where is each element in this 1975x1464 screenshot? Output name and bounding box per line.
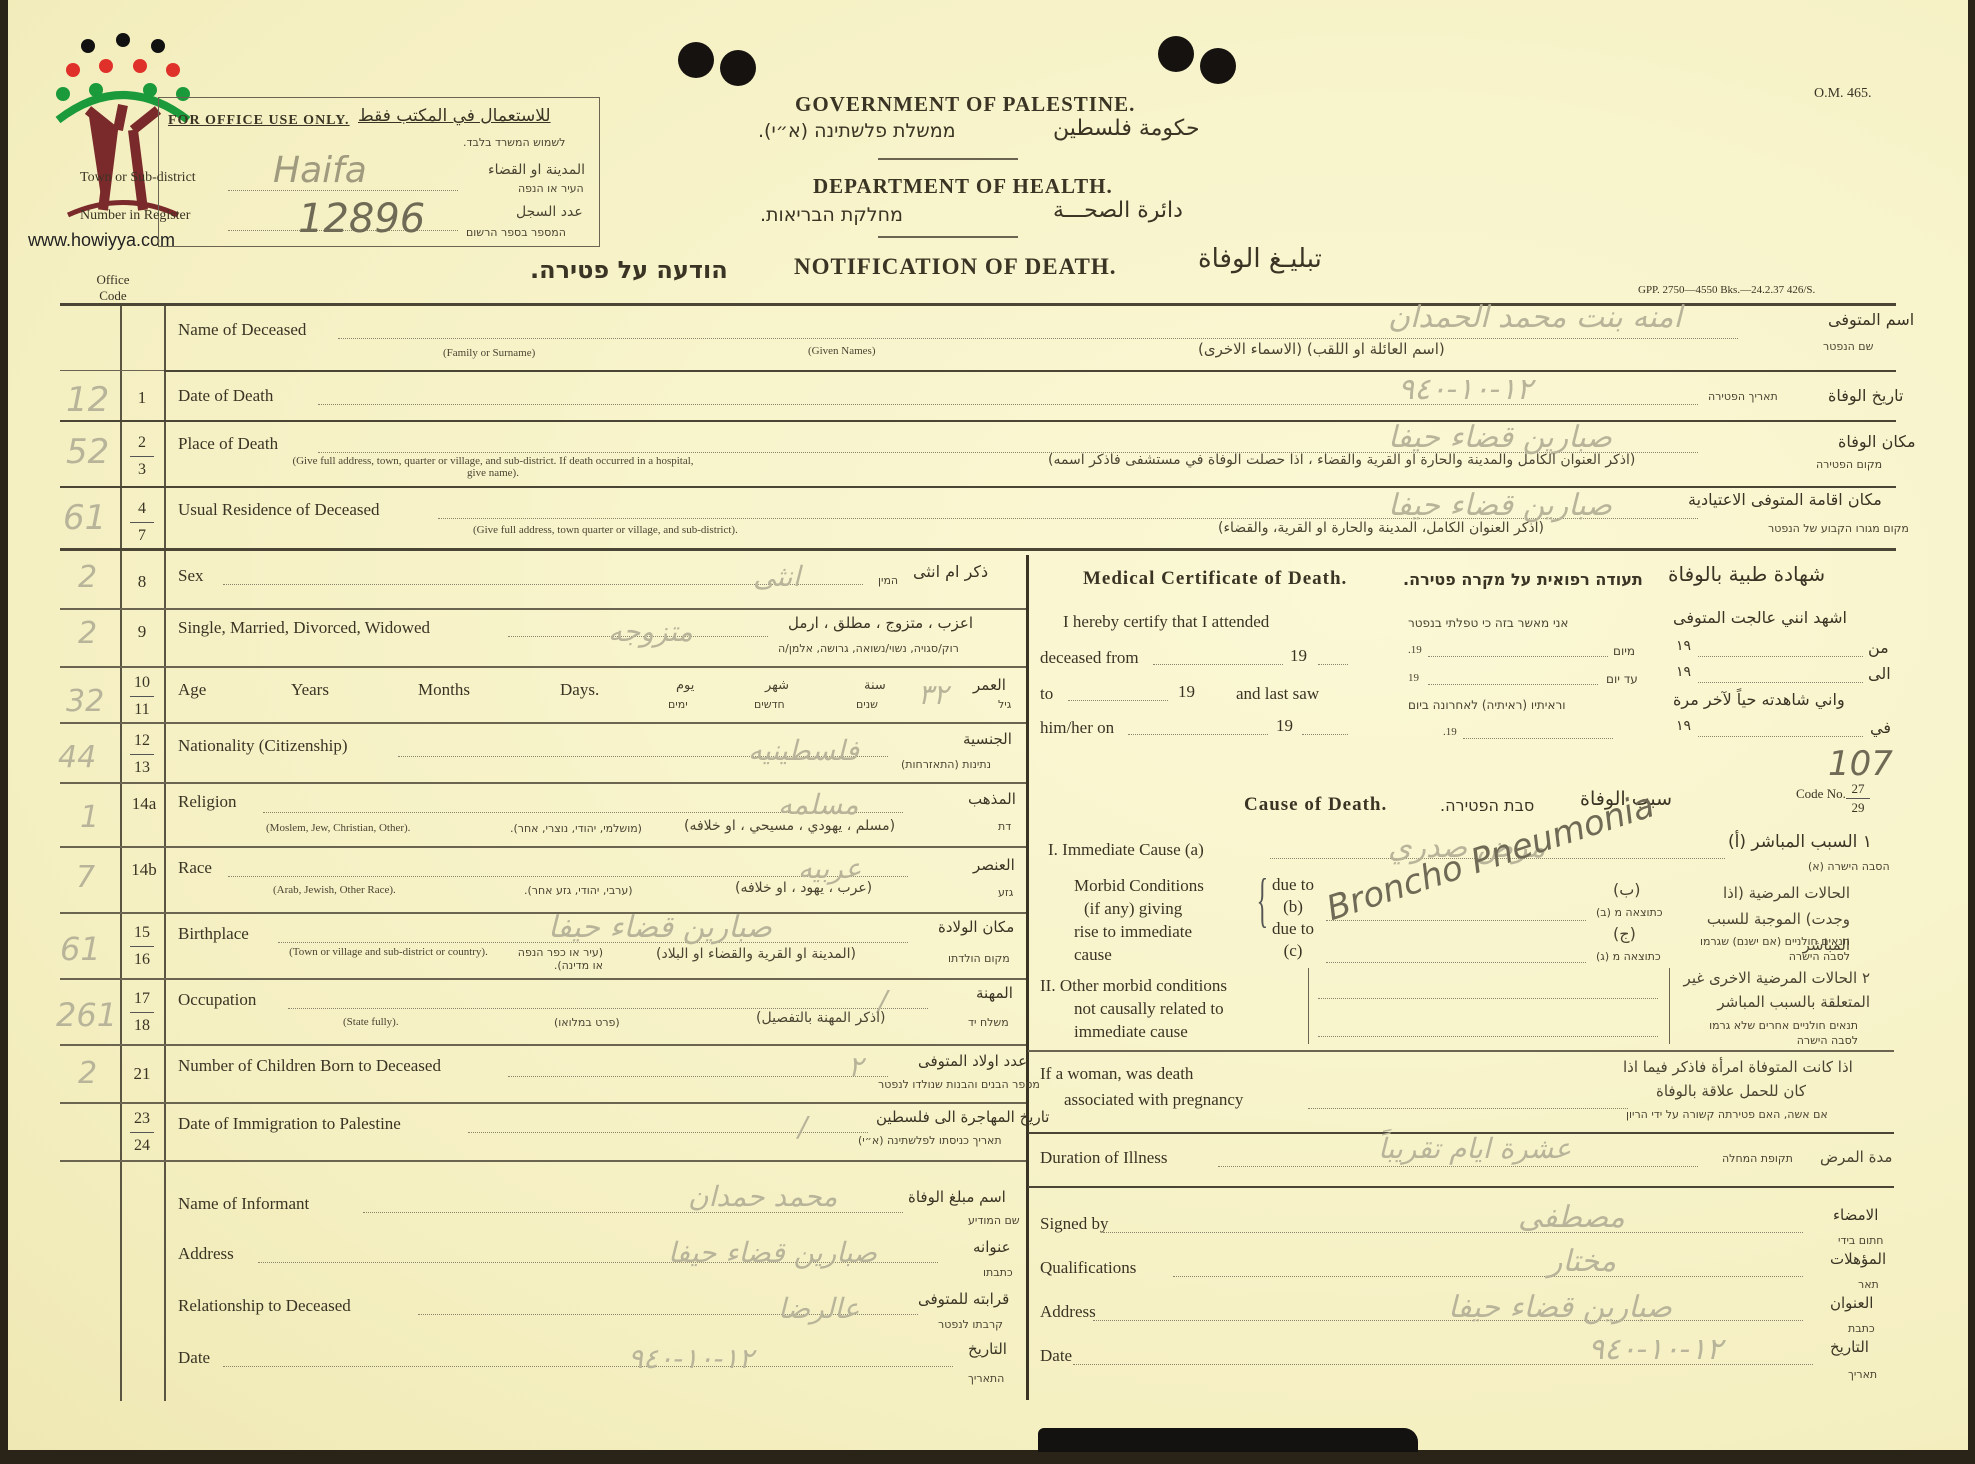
- government-title: GOVERNMENT OF PALESTINE.: [795, 92, 1135, 117]
- office-code-12[interactable]: 44: [58, 740, 96, 775]
- register-label-ar: عدد السجل: [516, 204, 583, 220]
- cause-of-death-title: Cause of Death.: [1244, 794, 1387, 816]
- deceased-from-label: deceased from: [1040, 648, 1139, 668]
- medical-certificate-title-ar: شهادة طبية بالوفاة: [1668, 562, 1825, 586]
- watermark-url[interactable]: www.howiyya.com: [28, 230, 175, 251]
- relationship-he: קרבתו לנפטר: [938, 1318, 1003, 1331]
- office-code-8[interactable]: 2: [78, 560, 97, 595]
- informant-name-label: Name of Informant: [178, 1194, 309, 1214]
- race-he: גזע: [998, 886, 1013, 899]
- sex-ar: ذكر ام انثى: [913, 562, 988, 581]
- office-code-9[interactable]: 2: [78, 616, 97, 651]
- death-certificate-paper: www.howiyya.com FOR OFFICE USE ONLY. للا…: [8, 0, 1968, 1450]
- age-year-he: שנים: [856, 698, 878, 711]
- row-number: 1213: [122, 728, 162, 781]
- children-count-value[interactable]: ٢: [848, 1050, 863, 1083]
- morbid-line: (if any) giving: [1074, 897, 1204, 920]
- name-label-he: שם הנפטר: [1823, 340, 1873, 353]
- department-title-ar: دائرة الصحـــة: [1053, 198, 1183, 223]
- age-months-label: Months: [418, 680, 470, 700]
- immediate-cause-label: I. Immediate Cause (a): [1048, 840, 1204, 860]
- due-to-b-label: due to (b): [1268, 874, 1318, 918]
- marital-status-ar: اعزب ، متزوج ، مطلق ، ارمل: [788, 614, 973, 632]
- family-surname-hint: (Family or Surname): [443, 347, 535, 359]
- nationality-ar: الجنسية: [963, 730, 1012, 748]
- medical-certificate-title-he: תעודה רפואית על מקרה פטירה.: [1403, 570, 1643, 589]
- office-use-label-he: לשמוש המשרד בלבד.: [463, 136, 565, 149]
- certify-he-1: אני מאשר בזה כי טפלתי בנפטר: [1408, 616, 1568, 630]
- religion-hint-he: (מושלמי, יהודי, נוצרי, אחר).: [510, 822, 642, 835]
- notification-title: NOTIFICATION OF DEATH.: [794, 254, 1117, 280]
- pregnancy-ar-1: اذا كانت المتوفاة امرأة فاذكر فيما اذا: [1623, 1058, 1853, 1076]
- certify-line-1: I hereby certify that I attended: [1063, 612, 1269, 632]
- punch-hole-icon: [1200, 48, 1236, 84]
- certify-he-year: .19: [1408, 644, 1422, 656]
- pregnancy-ar-2: كان للحمل علاقة بالوفاة: [1656, 1082, 1806, 1100]
- printer-code: GPP. 2750—4550 Bks.—24.2.37 426/S.: [1638, 284, 1815, 296]
- usual-residence-he: מקום מגורו הקבוע של הנפטר: [1768, 522, 1909, 535]
- date-of-death-value[interactable]: ١٢-١٠-٩٤٠: [1398, 372, 1532, 407]
- marital-status-label: Single, Married, Divorced, Widowed: [178, 618, 430, 638]
- certify-ar-year3: ١٩: [1676, 718, 1691, 735]
- row-number: 47: [122, 496, 162, 549]
- duration-value[interactable]: عشرة ايام تقريباً: [1378, 1132, 1571, 1165]
- age-day-he: ימים: [668, 698, 688, 711]
- row-number: 14a: [124, 794, 164, 814]
- certify-he-lastsaw: וראיתיו (ראיתיה) לאחרונה ביום: [1408, 698, 1566, 712]
- informant-address-ar: عنوانه: [973, 1238, 1011, 1256]
- certifier-address-value[interactable]: صبارين قضاء حيفا: [1448, 1290, 1672, 1325]
- department-title-he: מחלקת הבריאות.: [760, 204, 903, 226]
- office-use-label: FOR OFFICE USE ONLY.: [168, 113, 350, 129]
- office-code-14a[interactable]: 1: [80, 800, 99, 835]
- birthplace-value[interactable]: صبارين قضاء حيفا: [548, 910, 772, 945]
- race-hint-ar: (عرب ، يهود ، او خلافه): [735, 880, 872, 896]
- certify-he-from: מיום: [1613, 644, 1635, 658]
- marital-status-he: רוק/סגויה, נשוי/נשואה, גרושה, אלמן/ה: [778, 642, 959, 655]
- children-count-he: מספר הבנים והבנות שנולדו לנפטר: [878, 1078, 1040, 1091]
- certifier-date-value[interactable]: ١٢-١٠-٩٤٠: [1588, 1332, 1722, 1367]
- birthplace-hint-he: (עיר או כפר הנפה או מדינה).: [513, 946, 603, 972]
- notification-title-he: הודעה על פטירה.: [530, 256, 728, 284]
- birthplace-label: Birthplace: [178, 924, 249, 944]
- certify-ar-on: في: [1870, 718, 1891, 737]
- age-label: Age: [178, 680, 206, 700]
- form-number: O.M. 465.: [1814, 86, 1872, 102]
- religion-hint-ar: (مسلم ، يهودي ، مسيحي ، او خلافه): [684, 818, 895, 834]
- certifier-address-he: כתבת: [1848, 1322, 1875, 1335]
- certifier-date-he: תאריך: [1848, 1368, 1877, 1381]
- certify-he-year3: .19: [1443, 726, 1457, 738]
- religion-he: דת: [998, 820, 1011, 833]
- signed-by-ar: الامضاء: [1833, 1206, 1878, 1224]
- certifier-address-label: Address: [1040, 1302, 1096, 1322]
- age-day-ar: يوم: [676, 678, 694, 693]
- occupation-hint-he: (פרט במלואו): [554, 1016, 620, 1029]
- name-of-deceased-label: Name of Deceased: [178, 320, 306, 340]
- other-morbid-he: תנאים חולניים אחרים שלא גרמו לסבה הישרה: [1698, 1018, 1858, 1048]
- birthplace-he: מקום הולדתו: [948, 952, 1010, 965]
- residence-hint: (Give full address, town quarter or vill…: [473, 524, 738, 536]
- date-of-death-ar: تاريخ الوفاة: [1828, 386, 1903, 405]
- certifier-date-ar: التاريخ: [1830, 1338, 1869, 1356]
- office-code-4[interactable]: 61: [63, 498, 106, 538]
- office-use-label-ar: للاستعمال في المكتب فقط: [358, 106, 551, 126]
- informant-date-ar: التاريخ: [968, 1340, 1007, 1358]
- certify-ar-to: الى: [1868, 664, 1891, 683]
- religion-ar: المذهب: [968, 790, 1016, 808]
- from-year-label: 19: [1290, 646, 1307, 666]
- relationship-value[interactable]: عالرضا: [778, 1292, 860, 1325]
- race-hint: (Arab, Jewish, Other Race).: [273, 884, 396, 896]
- other-morbid-ar: ٢ الحالات المرضية الاخرى غير المتعلقة با…: [1680, 966, 1870, 1014]
- usual-residence-label: Usual Residence of Deceased: [178, 500, 380, 520]
- name-of-deceased-value[interactable]: امنه بنت محمد الحمدان: [1388, 300, 1682, 335]
- nationality-value[interactable]: فلسطينيه: [748, 734, 859, 767]
- punch-hole-icon: [720, 50, 756, 86]
- morbid-line: cause: [1074, 943, 1204, 966]
- him-her-on-label: him/her on: [1040, 718, 1114, 738]
- morbid-conditions-label: Morbid Conditions (if any) giving rise t…: [1074, 874, 1204, 966]
- row-number: 9: [122, 622, 162, 642]
- due-b-ar: (ب): [1613, 880, 1641, 899]
- medical-certificate-title: Medical Certificate of Death.: [1083, 568, 1347, 590]
- government-title-he: ממשלת פלשתינה (א״י).: [758, 120, 956, 142]
- office-code-14b[interactable]: 7: [76, 860, 95, 895]
- office-code-2[interactable]: 52: [66, 432, 109, 472]
- immigration-date-label: Date of Immigration to Palestine: [178, 1114, 401, 1134]
- birthplace-hint-ar: (المدينة او القرية والقضاء او البلاد): [656, 946, 856, 962]
- pregnancy-label-1: If a woman, was death: [1040, 1064, 1193, 1084]
- cause-of-death-title-he: סבת הפטירה.: [1440, 796, 1534, 815]
- nationality-label: Nationality (Citizenship): [178, 736, 348, 756]
- signed-by-label: Signed by: [1040, 1214, 1108, 1234]
- nationality-he: נתינות (התאזרחות): [901, 758, 991, 771]
- punch-hole-icon: [1158, 36, 1194, 72]
- notification-title-ar: تبليـغ الوفاة: [1198, 244, 1322, 274]
- place-of-death-ar: مكان الوفاة: [1838, 432, 1916, 451]
- date-of-death-label: Date of Death: [178, 386, 273, 406]
- due-c-ar: (ج): [1613, 924, 1636, 943]
- pregnancy-label-2: associated with pregnancy: [1064, 1090, 1243, 1110]
- occupation-ar: المهنة: [976, 984, 1013, 1002]
- qualifications-ar: المؤهلات: [1830, 1250, 1886, 1268]
- on-year-label: 19: [1276, 716, 1293, 736]
- occupation-hint: (State fully).: [343, 1016, 399, 1028]
- immigration-date-ar: تاريخ المهاجرة الى فلسطين: [876, 1108, 1049, 1126]
- date-of-death-he: תאריך הפטירה: [1708, 390, 1778, 403]
- town-subdistrict-label: Town or Sub-district: [80, 170, 196, 186]
- row-number: 8: [122, 572, 162, 592]
- place-hint: (Give full address, town, quarter or vil…: [283, 455, 703, 479]
- place-hint-ar: (اذكر العنوان الكامل والمدينة والحارة او…: [1048, 452, 1635, 468]
- children-count-ar: عدد اولاد المتوفى: [918, 1052, 1027, 1070]
- brace-icon: {: [1257, 866, 1269, 935]
- children-count-label: Number of Children Born to Deceased: [178, 1056, 441, 1076]
- office-code-21[interactable]: 2: [78, 1056, 97, 1091]
- informant-date-he: התאריך: [968, 1372, 1004, 1385]
- race-hint-he: (ערבי, יהודי, גזע אחר).: [524, 884, 633, 897]
- pregnancy-he: אם אשה, האם פטירתה קשורה על ידי הריון: [1626, 1108, 1828, 1121]
- town-subdistrict-value[interactable]: Haifa: [273, 150, 367, 191]
- other-morbid-line: immediate cause: [1040, 1020, 1227, 1043]
- name-hint-ar: (اسم العائلة او اللقب) (الاسماء الاخرى): [1198, 340, 1445, 358]
- duration-ar: مدة المرض: [1820, 1148, 1892, 1166]
- handwritten-code[interactable]: 107: [1828, 744, 1893, 784]
- qualifications-he: תאר: [1858, 1278, 1879, 1291]
- other-morbid-box[interactable]: [1308, 968, 1670, 1044]
- age-ar: العمر: [973, 676, 1006, 694]
- certify-he-to: עד יום: [1606, 672, 1638, 686]
- morbid-conditions-he: תנאים חולניים (אם ישנם) שגרמו לסבה הישרה: [1680, 934, 1850, 964]
- place-of-death-label: Place of Death: [178, 434, 278, 454]
- given-names-hint: (Given Names): [808, 345, 876, 357]
- to-label: to: [1040, 684, 1053, 704]
- torn-edge: [1038, 1428, 1418, 1452]
- religion-label: Religion: [178, 792, 237, 812]
- due-c-he: כתוצאה מ (ג): [1596, 950, 1661, 963]
- office-code-label: Office Code: [88, 272, 138, 304]
- informant-address-label: Address: [178, 1244, 234, 1264]
- age-years-label: Years: [291, 680, 329, 700]
- register-number-value[interactable]: 12896: [298, 196, 425, 242]
- immigration-date-value[interactable]: /: [798, 1110, 807, 1143]
- morbid-line: Morbid Conditions: [1074, 874, 1204, 897]
- usual-residence-ar: مكان اقامة المتوفى الاعتيادية: [1688, 490, 1882, 509]
- row-number: 21: [122, 1064, 162, 1084]
- age-days-label: Days.: [560, 680, 599, 700]
- age-month-he: חדשים: [754, 698, 785, 711]
- register-number-label: Number in Register: [80, 208, 190, 224]
- usual-residence-value[interactable]: صبارين قضاء حيفا: [1388, 488, 1612, 523]
- government-title-ar: حكومة فلسطين: [1053, 116, 1200, 141]
- sex-he: המין: [878, 574, 898, 587]
- other-morbid-label: II. Other morbid conditions not causally…: [1040, 974, 1227, 1043]
- to-year-label: 19: [1178, 682, 1195, 702]
- sex-value[interactable]: انثى: [753, 560, 800, 593]
- last-saw-label: and last saw: [1236, 684, 1319, 704]
- row-number: 1516: [122, 920, 162, 973]
- marital-status-value[interactable]: متزوجه: [608, 615, 693, 648]
- other-morbid-line: not causally related to: [1040, 997, 1227, 1020]
- race-ar: العنصر: [973, 856, 1015, 874]
- office-code-1[interactable]: 12: [66, 380, 109, 420]
- town-label-ar: المدينة او القضاء: [488, 162, 585, 178]
- informant-date-value[interactable]: ١٢-١٠-٩٤٠: [628, 1342, 754, 1375]
- code-no-fraction: 2729: [1846, 780, 1870, 817]
- age-he: גיל: [998, 698, 1011, 711]
- informant-name-value[interactable]: محمد حمدان: [688, 1180, 837, 1213]
- religion-hint: (Moslem, Jew, Christian, Other).: [266, 822, 410, 834]
- punch-hole-icon: [678, 42, 714, 78]
- row-number: 14b: [124, 860, 164, 880]
- duration-he: תקופת המחלה: [1722, 1152, 1793, 1165]
- place-of-death-he: מקום הפטירה: [1816, 458, 1882, 471]
- sex-label: Sex: [178, 566, 204, 586]
- certifier-address-ar: العنوان: [1830, 1294, 1873, 1312]
- certify-ar-lastsaw: واني شاهدته حياً لآخر مرة: [1673, 690, 1845, 709]
- informant-name-he: שם המודיע: [968, 1214, 1020, 1227]
- qualifications-label: Qualifications: [1040, 1258, 1136, 1278]
- occupation-label: Occupation: [178, 990, 256, 1010]
- row-number: 23: [122, 430, 162, 483]
- duration-label: Duration of Illness: [1040, 1148, 1167, 1168]
- due-b-he: כתוצאה מ (ב): [1596, 906, 1663, 919]
- relationship-label: Relationship to Deceased: [178, 1296, 351, 1316]
- place-of-death-value[interactable]: صبارين قضاء حيفا: [1388, 420, 1612, 455]
- religion-value[interactable]: مسلمه: [778, 788, 858, 821]
- age-value[interactable]: ٣٢: [918, 678, 948, 711]
- office-code-17[interactable]: 261: [56, 996, 117, 1034]
- occupation-hint-ar: (اذكر المهنة بالتفصيل): [756, 1010, 885, 1026]
- signed-by-value[interactable]: مصطفى: [1518, 1200, 1625, 1235]
- immediate-cause-he: הסבה הישרה (א): [1808, 860, 1890, 873]
- certify-ar-1: اشهد انني عالجت المتوفى: [1673, 608, 1847, 627]
- signed-by-he: חתום בידי: [1838, 1234, 1884, 1247]
- birthplace-hint: (Town or village and sub-district or cou…: [271, 946, 506, 958]
- row-number: 1718: [122, 986, 162, 1039]
- occupation-he: משלח יד: [968, 1016, 1009, 1029]
- due-to-c-label: due to (c): [1268, 918, 1318, 962]
- informant-name-ar: اسم مبلغ الوفاة: [908, 1188, 1006, 1206]
- informant-date-label: Date: [178, 1348, 210, 1368]
- age-year-ar: سنة: [864, 678, 886, 693]
- town-label-he: העיר או הנפה: [518, 182, 584, 195]
- row-number: 2324: [122, 1106, 162, 1159]
- age-month-ar: شهر: [765, 678, 789, 693]
- row-number: 1011: [122, 670, 162, 723]
- informant-address-he: כתבתו: [983, 1266, 1013, 1279]
- race-label: Race: [178, 858, 212, 878]
- immigration-date-he: תאריך כניסתו לפלשתינה (א״י): [858, 1134, 1002, 1147]
- office-code-10[interactable]: 32: [66, 684, 104, 719]
- certifier-date-label: Date: [1040, 1346, 1072, 1366]
- morbid-line: rise to immediate: [1074, 920, 1204, 943]
- qualifications-value[interactable]: مختار: [1548, 1244, 1616, 1279]
- relationship-ar: قرابته للمتوفى: [918, 1290, 1009, 1308]
- birthplace-ar: مكان الولادة: [938, 918, 1014, 936]
- informant-address-value[interactable]: صبارين قضاء حيفا: [668, 1236, 877, 1269]
- name-label-ar: اسم المتوفى: [1828, 310, 1914, 329]
- department-title: DEPARTMENT OF HEALTH.: [813, 174, 1113, 199]
- certify-he-year2: 19: [1408, 672, 1419, 684]
- immediate-cause-ar: ١ السبب المباشر (أ): [1728, 832, 1872, 852]
- register-label-he: המספר בספר הרשום: [466, 226, 566, 239]
- certify-ar-year2: ١٩: [1676, 664, 1691, 681]
- office-code-15[interactable]: 61: [60, 930, 101, 968]
- other-morbid-line: II. Other morbid conditions: [1040, 974, 1227, 997]
- certify-ar-from: من: [1868, 638, 1889, 657]
- certify-ar-year1: ١٩: [1676, 638, 1691, 655]
- row-number: 1: [122, 388, 162, 408]
- residence-hint-ar: (اذكر العنوان الكامل، المدينة والحارة او…: [1218, 520, 1544, 536]
- code-no-label: Code No.: [1796, 786, 1846, 802]
